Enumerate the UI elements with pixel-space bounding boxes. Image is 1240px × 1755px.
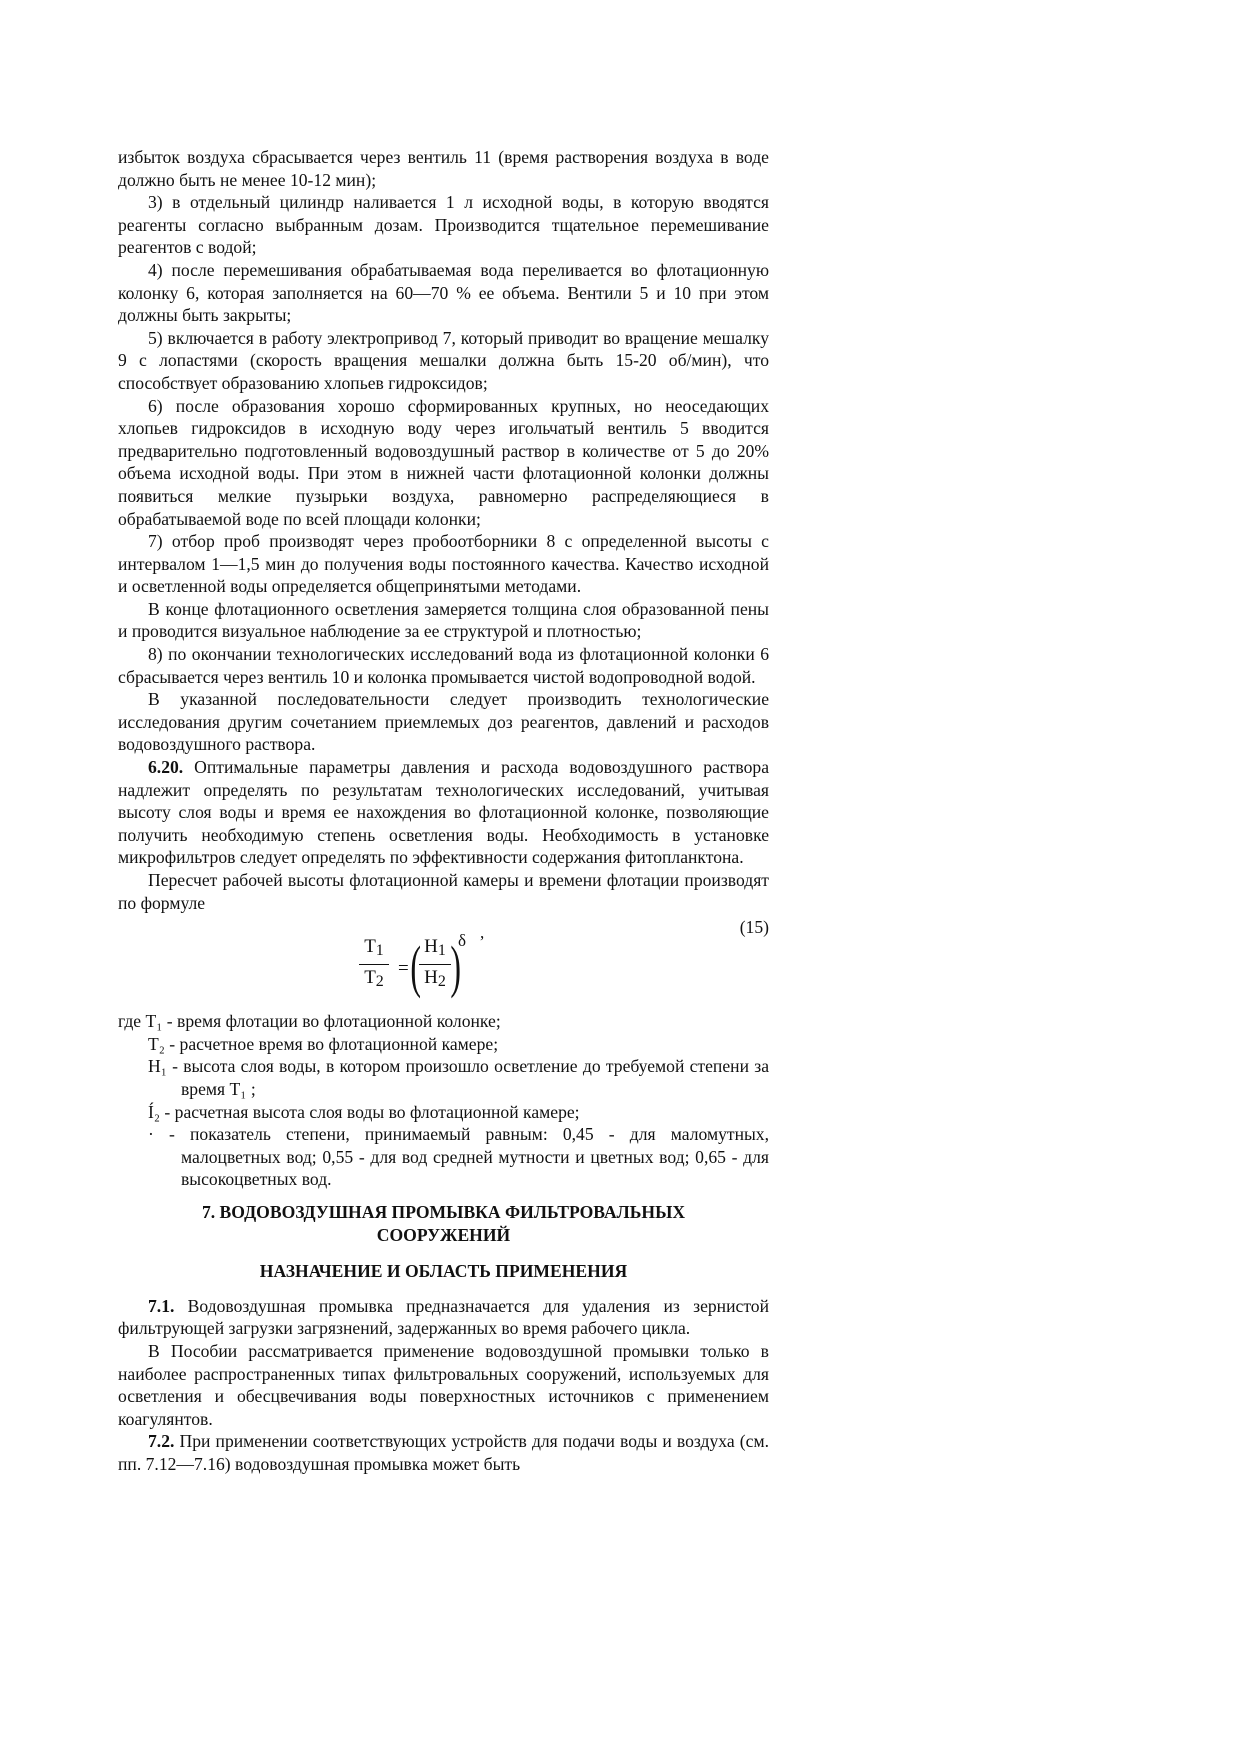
definition-item: где T₁ - время флотации во флотационной … [118,1010,769,1033]
body-text-before-formula: избыток воздуха сбрасывается через венти… [118,146,769,914]
subsection-heading: НАЗНАЧЕНИЕ И ОБЛАСТЬ ПРИМЕНЕНИЯ [118,1260,769,1283]
paragraph: 7.1. Водовоздушная промывка предназначае… [118,1295,769,1340]
paragraph: В конце флотационного осветления замеряе… [118,598,769,643]
paragraph: 6) после образования хорошо сформированн… [118,395,769,531]
paragraph-text: Водовоздушная промывка предназначается д… [118,1296,769,1339]
paragraph: 7) отбор проб производят через пробоотбо… [118,530,769,598]
fraction-t1-t2: T1 T2 [358,934,390,995]
paragraph: избыток воздуха сбрасывается через венти… [118,146,769,191]
equation-number: (15) [740,916,769,939]
body-text-after-heading: 7.1. Водовоздушная промывка предназначае… [118,1295,769,1476]
paragraph-text: В указанной последовательности следует п… [118,689,769,754]
t1-subscript: 1 [376,942,384,959]
paragraph-text: 8) по окончании технологических исследов… [118,644,769,687]
paragraph-text: избыток воздуха сбрасывается через венти… [118,147,769,190]
paragraph: 5) включается в работу электропривод 7, … [118,327,769,395]
equals-sign: = [398,958,409,981]
fraction-h1-h2: H1 H2 [418,934,452,995]
paragraph: В указанной последовательности следует п… [118,688,769,756]
formula-comma: , [480,922,484,945]
definition-item: · - показатель степени, принимаемый равн… [118,1123,769,1191]
t2-subscript: 2 [376,973,384,990]
formula-15: T1 T2 = ( H1 H2 ) δ , [358,934,498,1006]
clause-number: 7.2. [148,1431,174,1451]
definition-item: T₂ - расчетное время во флотационной кам… [118,1033,769,1056]
paragraph: Пересчет рабочей высоты флотационной кам… [118,869,769,914]
t1-symbol: T [364,936,376,957]
paragraph: 6.20. Оптимальные параметры давления и р… [118,756,769,869]
paragraph-text: Оптимальные параметры давления и расхода… [118,757,769,867]
paragraph: 8) по окончании технологических исследов… [118,643,769,688]
paragraph-text: При применении соответствующих устройств… [118,1431,769,1474]
paragraph-text: 4) после перемешивания обрабатываемая во… [118,260,769,325]
clause-number: 6.20. [148,757,183,777]
paragraph-text: В Пособии рассматривается применение вод… [118,1341,769,1429]
definition-item: Í₂ - расчетная высота слоя воды во флота… [118,1101,769,1124]
t2-symbol: T [364,967,376,988]
paragraph-text: 5) включается в работу электропривод 7, … [118,328,769,393]
exponent-delta: δ [458,930,466,953]
section-heading: 7. ВОДОВОЗДУШНАЯ ПРОМЫВКА ФИЛЬТРОВАЛЬНЫХ… [118,1201,769,1246]
paragraph-text: 6) после образования хорошо сформированн… [118,396,769,529]
paragraph: 3) в отдельный цилиндр наливается 1 л ис… [118,191,769,259]
paragraph-text: 7) отбор проб производят через пробоотбо… [118,531,769,596]
h1-subscript: 1 [438,942,446,959]
paragraph: 4) после перемешивания обрабатываемая во… [118,259,769,327]
paragraph-text: В конце флотационного осветления замеряе… [118,599,769,642]
formula-block: (15) T1 T2 = ( H1 H2 ) δ , [118,914,769,1010]
definition-item: H₁ - высота слоя воды, в котором произош… [118,1055,769,1100]
paragraph: 7.2. При применении соответствующих устр… [118,1430,769,1475]
h2-subscript: 2 [438,973,446,990]
paragraph: В Пособии рассматривается применение вод… [118,1340,769,1430]
h2-symbol: H [424,967,438,988]
document-page: избыток воздуха сбрасывается через венти… [118,146,769,1475]
paragraph-text: Пересчет рабочей высоты флотационной кам… [118,870,769,913]
variable-definitions: где T₁ - время флотации во флотационной … [118,1010,769,1191]
h1-symbol: H [424,936,438,957]
paragraph-text: 3) в отдельный цилиндр наливается 1 л ис… [118,192,769,257]
clause-number: 7.1. [148,1296,174,1316]
